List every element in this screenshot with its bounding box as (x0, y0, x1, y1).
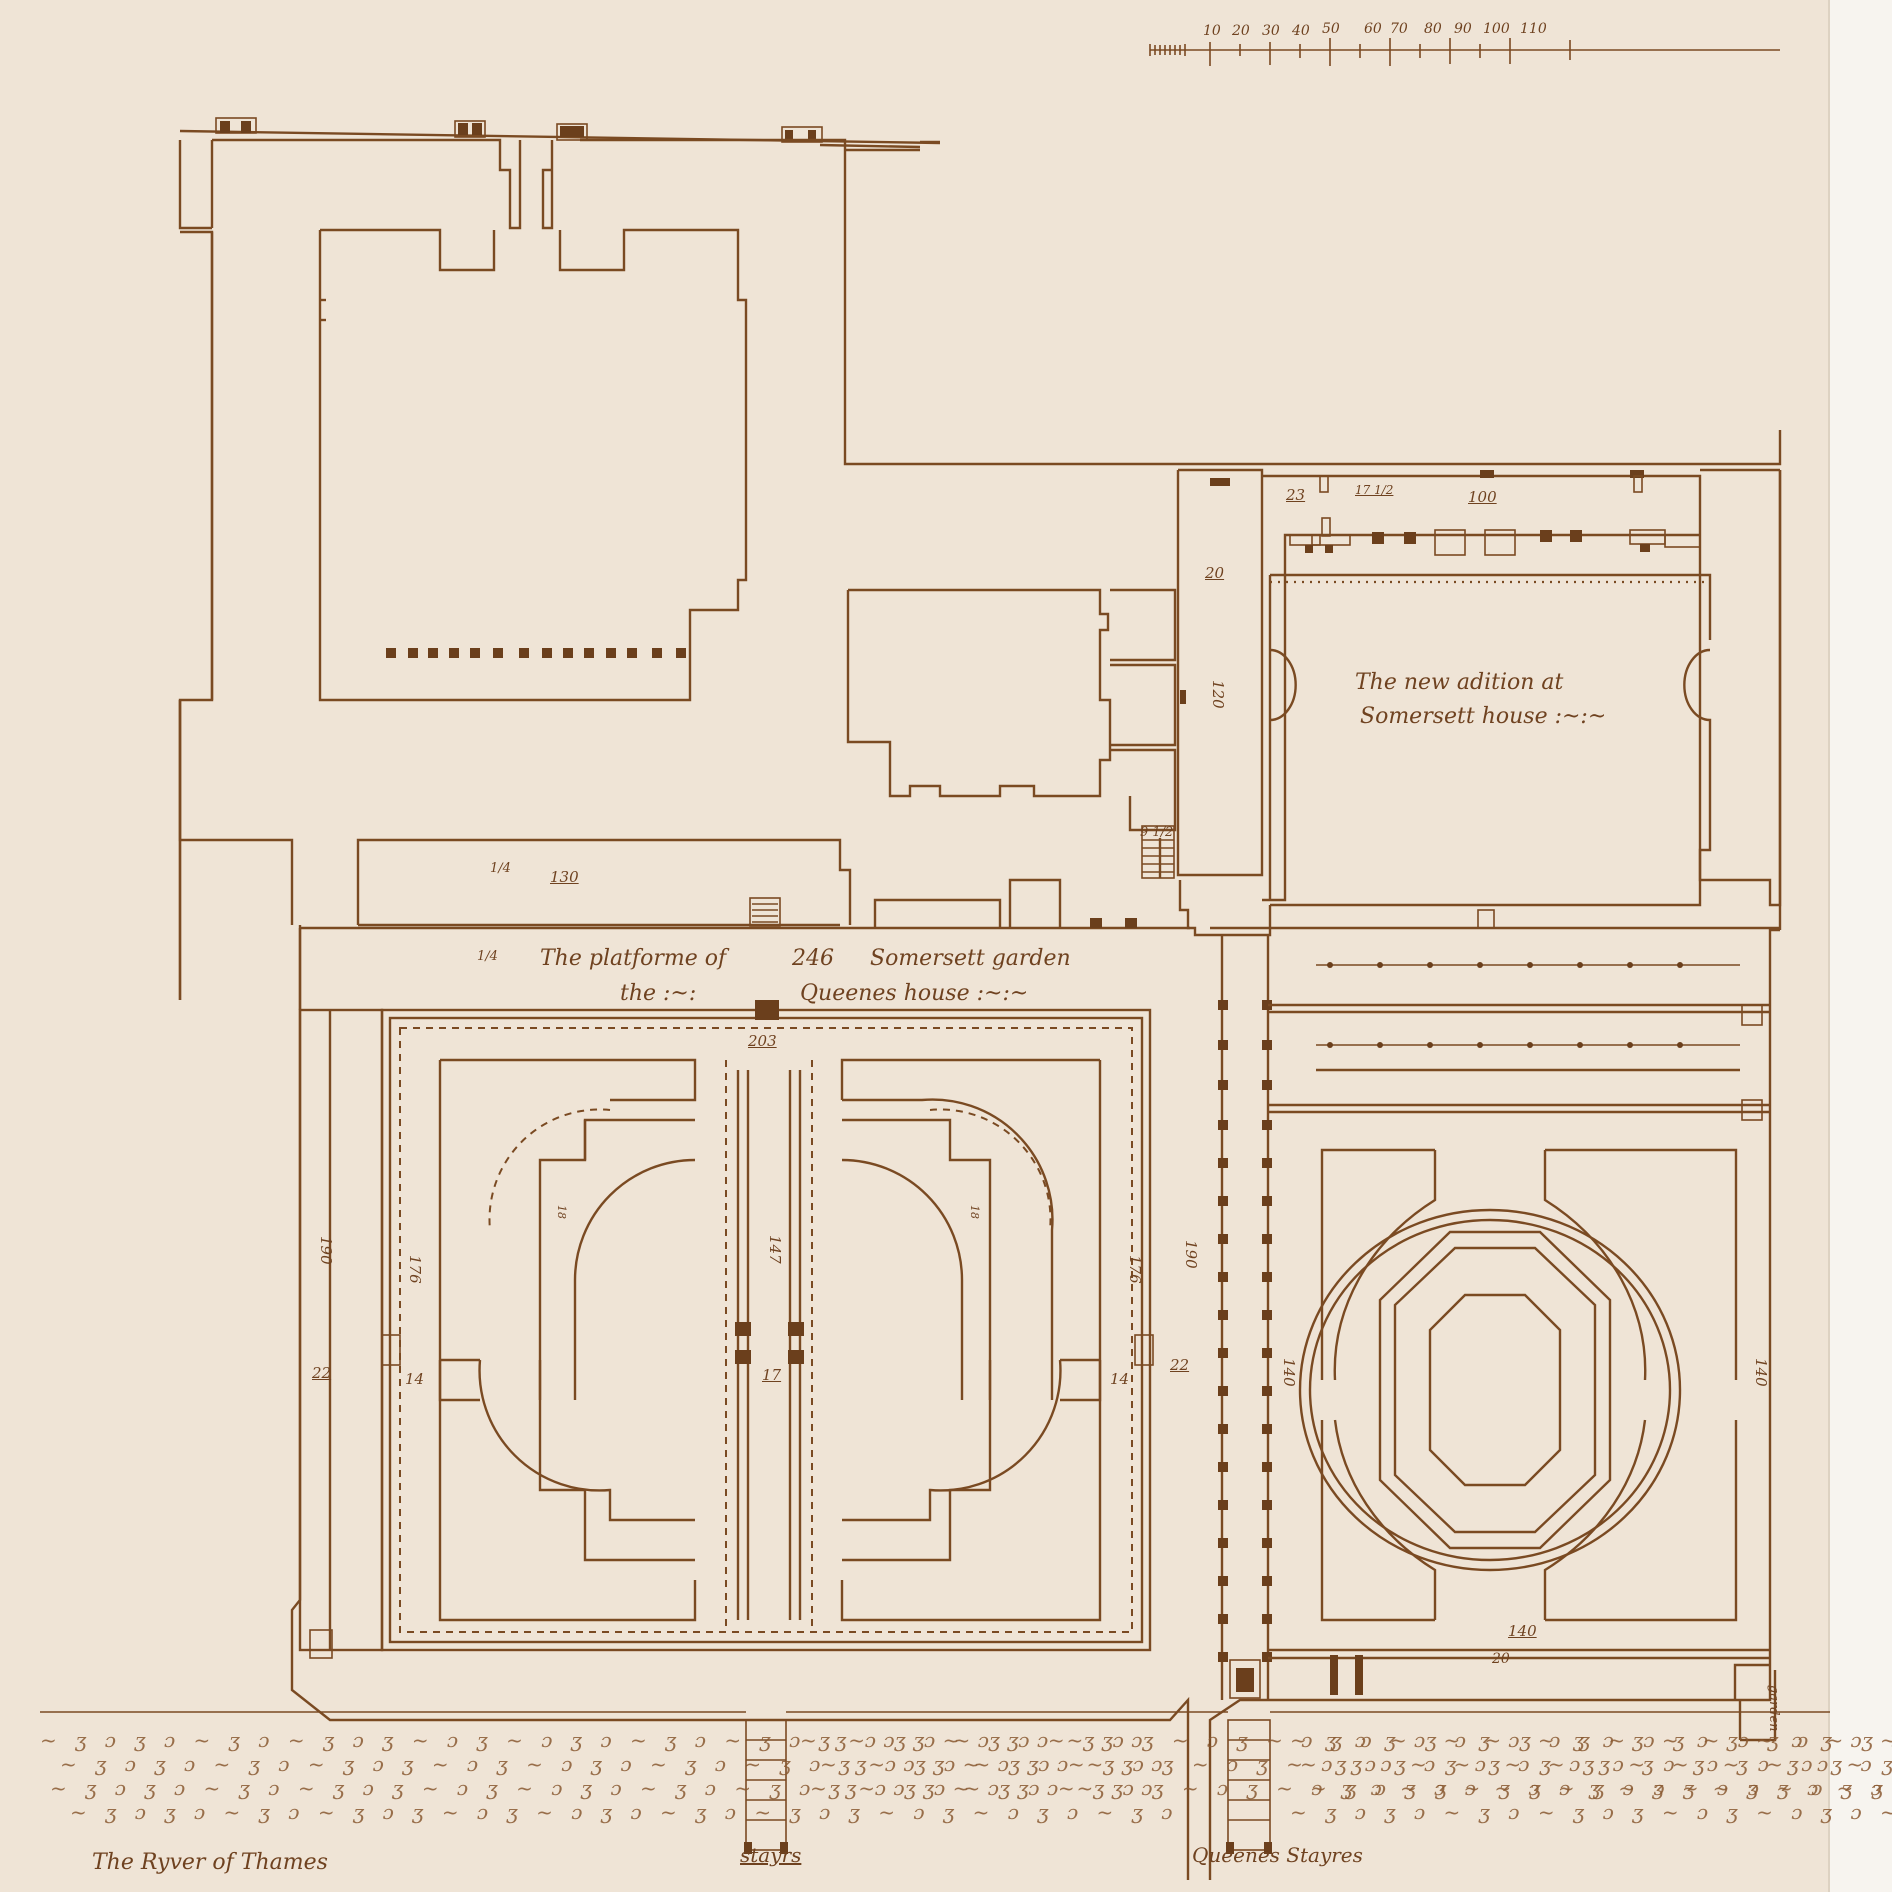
cross-walk-left-dim: 14 (405, 1372, 424, 1387)
platform-mark: 1/4 (477, 950, 498, 963)
new-addition (1142, 470, 1780, 935)
central-walks (726, 1060, 812, 1630)
center-walk-width-dim: 17 (762, 1368, 781, 1383)
river-hatching-row: ~ ʒ ɔ ʒ ɔ ~ ʒ ɔ ~ ʒ ɔ ʒ ~ ɔ ʒ ~ ɔ ʒ ɔ ~ … (1310, 1776, 1892, 1800)
circle-garden-height-dim: 140 (1753, 1358, 1768, 1387)
scale-tick-label: 110 (1520, 22, 1547, 36)
scale-tick-label: 50 (1322, 22, 1340, 36)
river-hatching-row: ~ ʒ ɔ ʒ ɔ ~ ʒ ɔ ~ ʒ ɔ ʒ ~ ɔ ʒ ~ ɔ ʒ ɔ ~ … (70, 1800, 1178, 1824)
platform-length: 246 (792, 948, 834, 970)
parterre-length-dim: 203 (748, 1034, 777, 1049)
bed-left-length-dim: 176 (407, 1255, 422, 1284)
bed-inner-right-dim: 18 (969, 1205, 980, 1219)
circle-garden-width-dim: 140 (1508, 1624, 1537, 1639)
terrace-mark: 1/4 (490, 862, 511, 875)
arcade (1218, 935, 1272, 1700)
river-hatching-row: ~ ʒ ɔ ʒ ɔ ~ ʒ ɔ ~ ʒ ɔ ʒ ~ ɔ ʒ ~ ɔ ʒ ɔ ~ … (1300, 1752, 1892, 1776)
scale-tick-label: 100 (1483, 22, 1510, 36)
river-caption: The Ryver of Thames (92, 1852, 328, 1874)
scale-tick-label: 20 (1232, 24, 1250, 38)
new-addition-title-line2: Somersett house :~:~ (1360, 706, 1606, 728)
bed-right-length-dim: 176 (1127, 1255, 1142, 1284)
arcade-length-dim: 140 (1281, 1358, 1296, 1387)
colonnade (386, 648, 686, 658)
scale-tick-label: 60 (1364, 22, 1382, 36)
new-addition-title-line1: The new adition at (1355, 672, 1563, 694)
wing-length-dim: 120 (1210, 680, 1225, 709)
left-walk-length-dim: 190 (318, 1236, 333, 1265)
scale-bar (1150, 38, 1780, 66)
garden-lodge-label: garden (1767, 1685, 1780, 1732)
queens-stairs-caption: Queenes Stayres (1192, 1845, 1363, 1865)
drawing-canvas: ~ ʒ ɔ ʒ ɔ ~ ʒ ɔ ~ ʒ ɔ ʒ ~ ɔ ʒ ~ ɔ ʒ ɔ ~ … (0, 0, 1892, 1892)
river-hatching-row: ~ ʒ ɔ ʒ ɔ ~ ʒ ɔ ~ ʒ ɔ ʒ ~ ɔ ʒ ~ ɔ ʒ ɔ ~ … (1290, 1728, 1892, 1752)
cross-walk-right-dim: 14 (1110, 1372, 1129, 1387)
stairs-caption: stayrs (740, 1845, 801, 1865)
street-wall (180, 118, 940, 150)
bed-ne (842, 1060, 1100, 1400)
platform-title-line2: the :~: (620, 983, 696, 1005)
bottom-strip-width-dim: 20 (1492, 1652, 1510, 1666)
gallery-depth-dim: 17 1/2 (1355, 484, 1393, 496)
old-house-block (180, 140, 1780, 1000)
garden-title-line2: Queenes house :~:~ (800, 983, 1028, 1005)
terrace-length-dim: 130 (550, 870, 579, 885)
gallery-length-dim: 100 (1468, 490, 1497, 505)
stair-width-dim: 9 1/2 (1140, 826, 1173, 839)
bed-inner-left-dim: 18 (556, 1205, 567, 1219)
left-walk-width-dim: 22 (312, 1366, 331, 1381)
scale-tick-label: 10 (1203, 24, 1221, 38)
scale-tick-label: 40 (1292, 24, 1310, 38)
center-walk-length-dim: 147 (767, 1235, 782, 1264)
river-hatching-row: ~ ʒ ɔ ʒ ɔ ~ ʒ ɔ ~ ʒ ɔ ʒ ~ ɔ ʒ ~ ɔ ʒ ɔ ~ … (1290, 1800, 1892, 1824)
left-parterre (300, 1000, 1272, 1854)
bed-nw (440, 1060, 695, 1400)
middle-building (848, 590, 1175, 830)
scale-tick-label: 80 (1424, 22, 1442, 36)
east-garden (1268, 910, 1775, 1740)
scale-tick-label: 90 (1454, 22, 1472, 36)
wing-width-dim: 20 (1205, 566, 1224, 581)
right-walk-width-dim: 22 (1170, 1358, 1189, 1373)
scale-tick-label: 70 (1390, 22, 1408, 36)
right-walk-length-dim: 190 (1183, 1240, 1198, 1269)
terrace-block (300, 840, 1190, 928)
gallery-width-dim: 23 (1286, 488, 1305, 503)
garden-title-line1: Somersett garden (870, 948, 1071, 970)
platform-title-line1: The platforme of (540, 948, 726, 970)
scale-tick-label: 30 (1262, 24, 1280, 38)
